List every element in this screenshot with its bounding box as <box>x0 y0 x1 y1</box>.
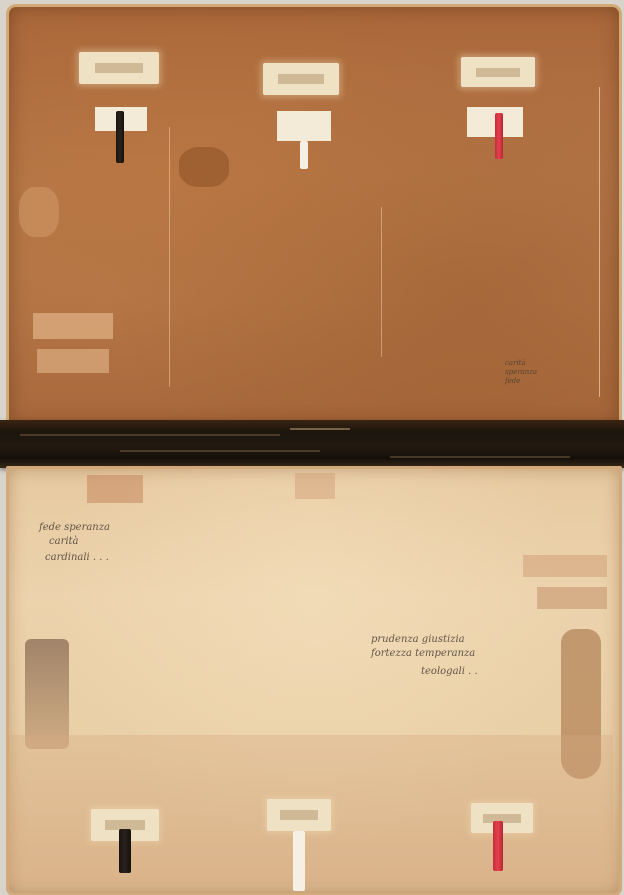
ribbon-red <box>495 113 503 159</box>
faded-patch <box>33 313 113 339</box>
handwritten-note-right: prudenza giustizia fortezza temperanza t… <box>371 633 478 679</box>
tape-patch <box>87 475 143 503</box>
paper-label <box>461 57 535 87</box>
stain <box>179 147 229 187</box>
handwritten-note-left: fede speranza carità cardinali . . . <box>39 521 110 565</box>
hinge-spine <box>0 420 624 468</box>
tape-patch <box>523 555 607 577</box>
ribbon-black <box>119 829 131 873</box>
tape-patch <box>537 587 607 609</box>
ribbon-white <box>293 831 305 891</box>
ribbon-black <box>116 111 124 163</box>
scratch <box>599 87 600 397</box>
scratch <box>169 127 170 387</box>
scratch <box>381 207 382 357</box>
paper-label <box>267 799 331 831</box>
ribbon-red <box>493 821 503 871</box>
stain <box>19 187 59 237</box>
paper-label <box>263 63 339 95</box>
bottom-panel: fede speranza carità cardinali . . . pru… <box>6 466 622 895</box>
stain-dark <box>25 639 69 749</box>
paper-label <box>79 52 159 84</box>
tape-patch <box>295 473 335 499</box>
label-tab <box>277 111 331 141</box>
faded-patch <box>37 349 109 373</box>
top-panel: carità speranza fede <box>6 4 622 428</box>
handwritten-note-top-right: carità speranza fede <box>505 359 537 386</box>
ribbon-white <box>300 141 308 169</box>
